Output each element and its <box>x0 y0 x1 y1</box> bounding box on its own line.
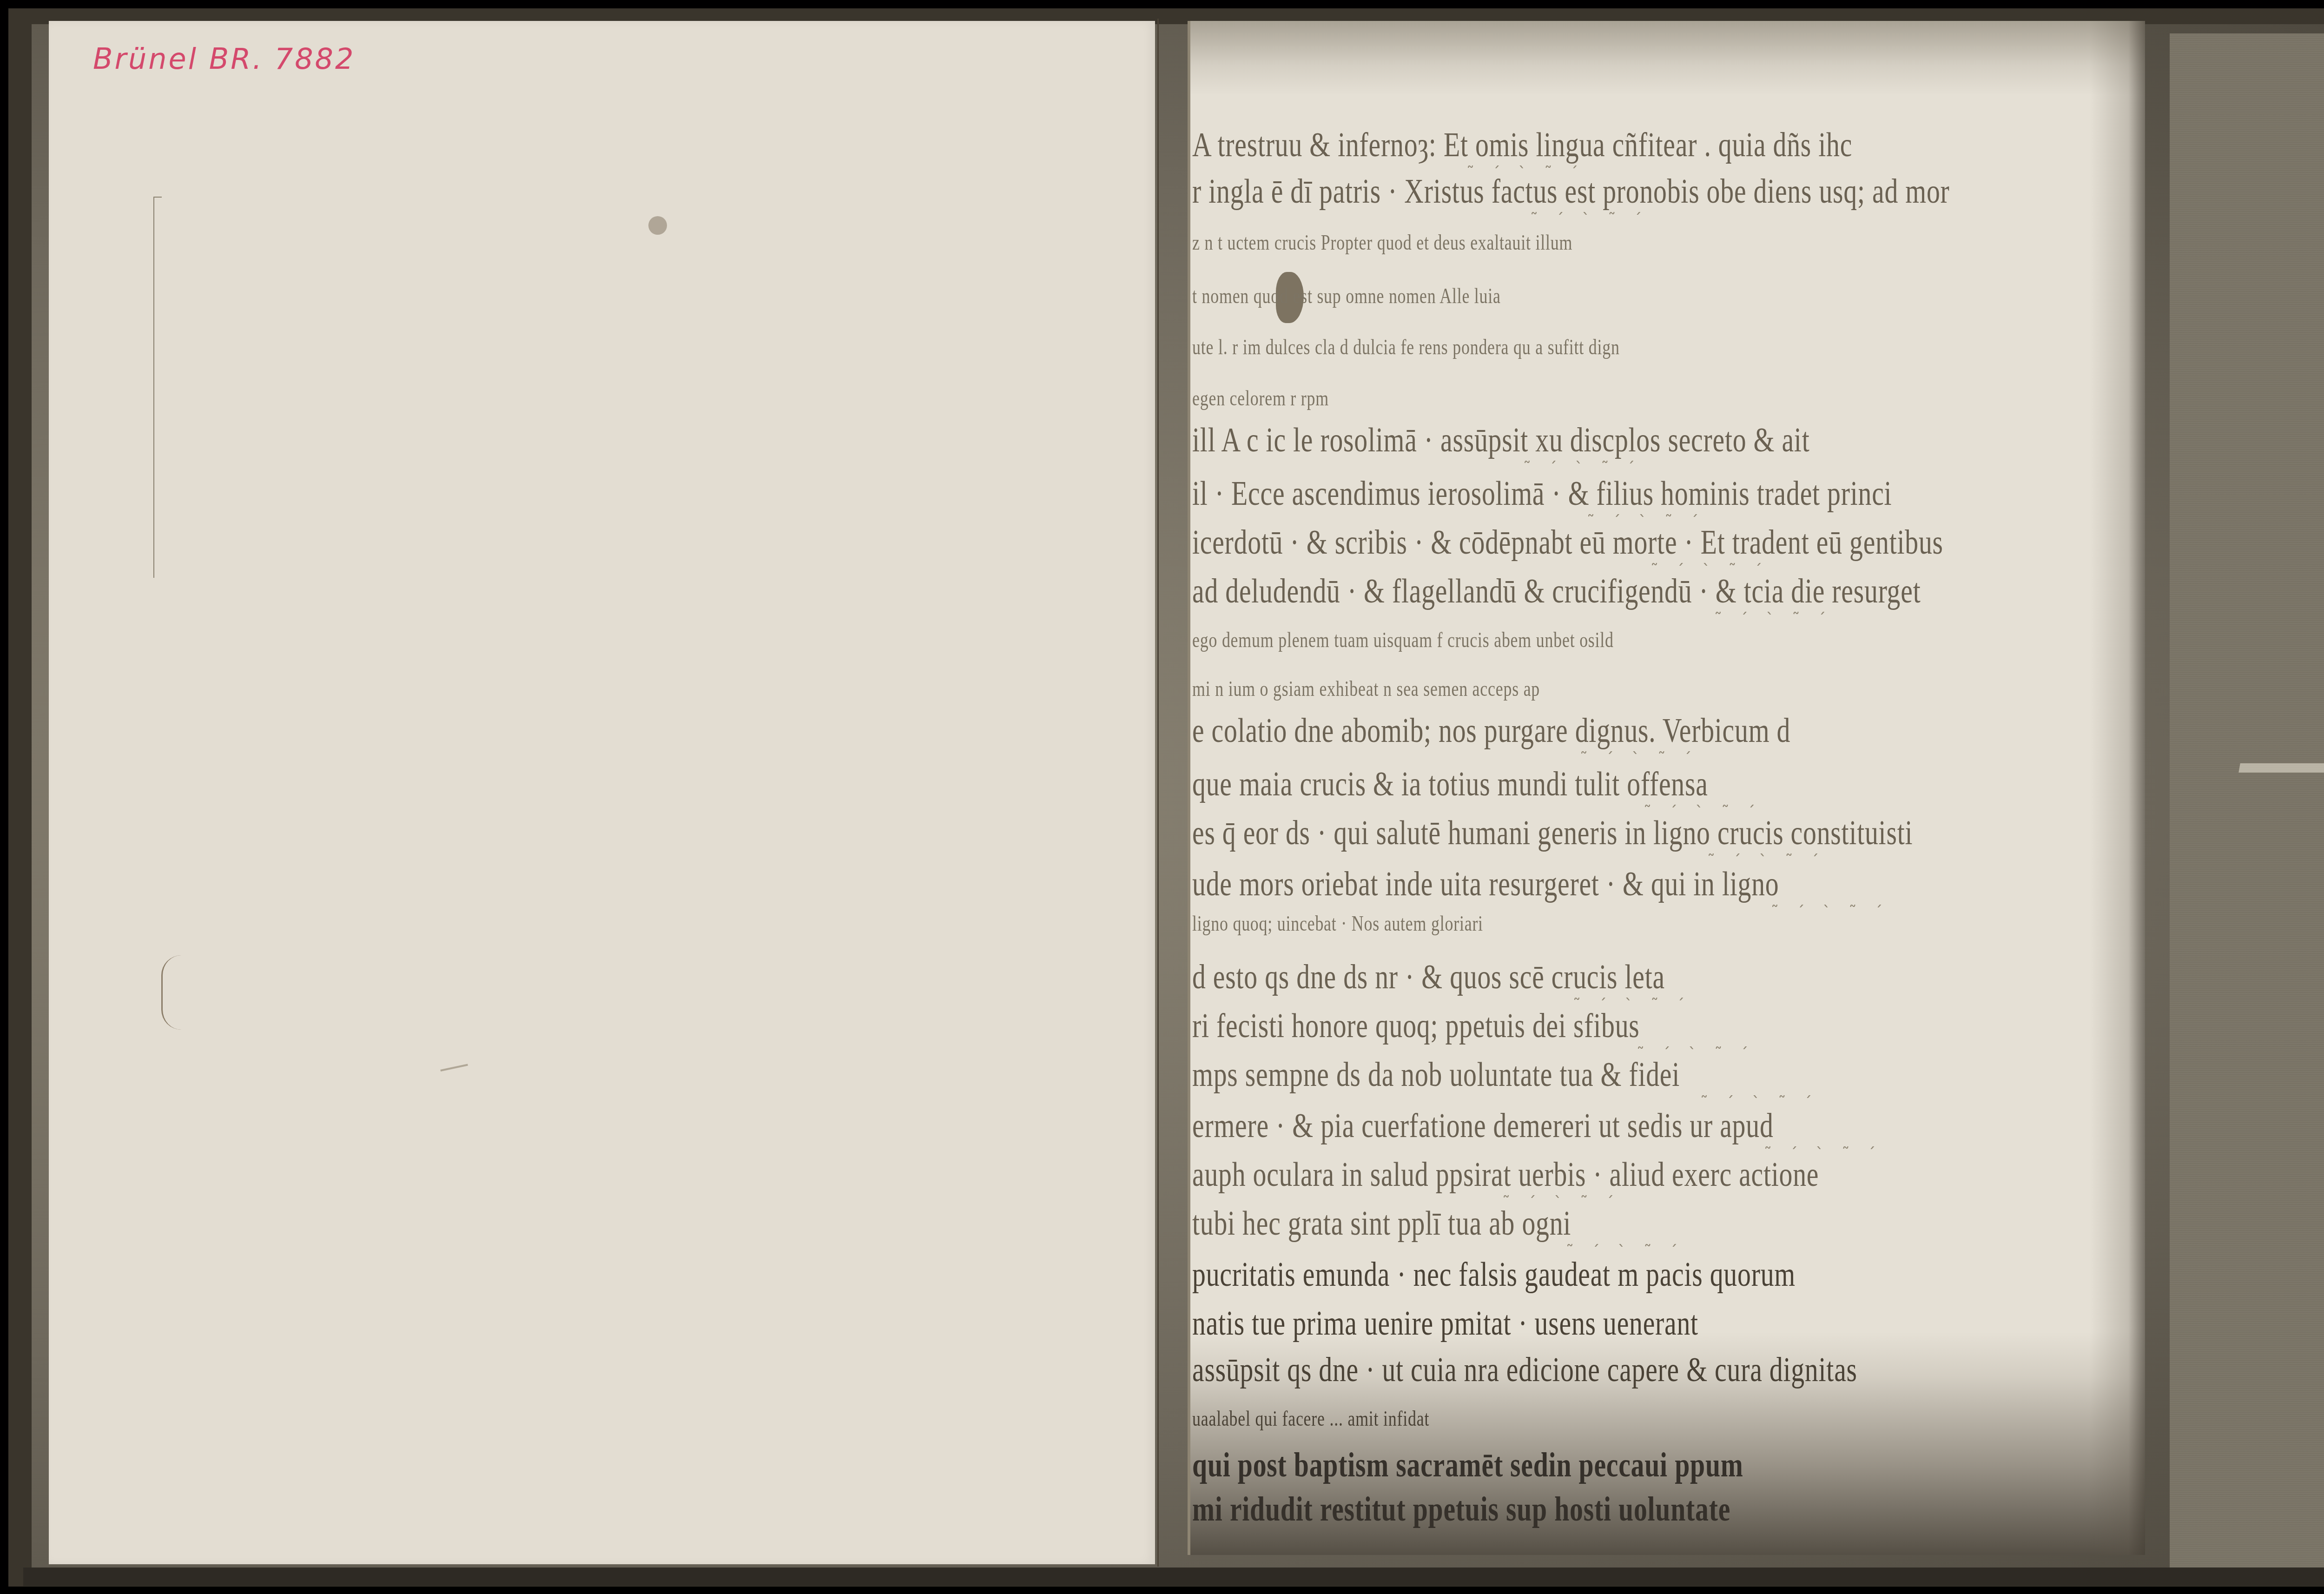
manuscript-line: auph oculara in salud ppsirat uerbis · a… <box>1192 1155 1819 1195</box>
manuscript-line: z n t uctem crucis Propter quod et deus … <box>1192 230 1572 255</box>
manuscript-line: egen celorem r rpm <box>1192 386 1329 410</box>
manuscript-line: il · Ecce ascendimus ierosolimā · & fili… <box>1192 474 1892 514</box>
manuscript-line: es q̄ eor ds · qui salutē humani generis… <box>1192 814 1913 853</box>
manuscript-line: que maia crucis & ia totius mundi tulit … <box>1192 765 1708 804</box>
backdrop-strip <box>2170 33 2324 1577</box>
manuscript-line: tubi hec grata sint pplī tua ab ogni <box>1192 1204 1571 1243</box>
manuscript-line: ligno quoq; uincebat · Nos autem gloriar… <box>1192 911 1483 936</box>
shelfmark-annotation: Brünel BR. 7882 <box>93 42 356 76</box>
manuscript-line: d esto qs dne ds nr · & quos scē crucis … <box>1192 958 1665 997</box>
manuscript-line: qui post baptism sacramēt sedin peccaui … <box>1192 1446 1743 1485</box>
neume-notation: ˜ ´ ˋ ˜ ´ <box>1714 610 1832 628</box>
manuscript-line: icerdotū · & scribis · & cōdēpnabt eū mo… <box>1192 523 1943 562</box>
manuscript-line: ri fecisti honore quoq; ppetuis dei sfib… <box>1192 1006 1640 1046</box>
ruled-margin-tick <box>153 197 162 198</box>
manuscript-line: mi ridudit restitut ppetuis sup hosti uo… <box>1192 1490 1730 1529</box>
manuscript-line: e colatio dne abomib; nos purgare dignus… <box>1192 711 1790 751</box>
book-spine <box>1157 19 1159 1567</box>
manuscript-line: pucritatis emunda · nec falsis gaudeat m… <box>1192 1255 1796 1295</box>
left-page: Brünel BR. 7882 <box>49 21 1155 1564</box>
paper-mark <box>438 1055 468 1071</box>
tape-strip <box>2238 763 2324 773</box>
frame-bottom-edge <box>23 1568 2324 1586</box>
manuscript-line: r ingla ē dī patris · Xristus factus est… <box>1192 172 1950 212</box>
right-page: Vorsatz vornr A trestruu & infernoȝ: Et … <box>1188 21 2145 1555</box>
manuscript-line: ude mors oriebat inde uita resurgeret · … <box>1192 865 1779 904</box>
manuscript-line: ad deludendū · & flagellandū & crucifige… <box>1192 572 1921 611</box>
manuscript-line: natis tue prima uenire pmitat · usens ue… <box>1192 1304 1698 1343</box>
neume-notation: ˜ ´ ˋ ˜ ´ <box>1530 210 1648 229</box>
manuscript-line: mps sempne ds da nob uoluntate tua & fid… <box>1192 1055 1680 1095</box>
manuscript-line: A trestruu & infernoȝ: Et omis lingua cñ… <box>1192 126 1852 165</box>
manuscript-line: ute l. r im dulces cla d dulcia fe rens … <box>1192 335 1620 359</box>
manuscript-line: ego demum plenem tuam uisquam f crucis a… <box>1192 628 1614 652</box>
ruled-margin-line <box>153 197 154 578</box>
manuscript-line: assūpsit qs dne · ut cuia nra edicione c… <box>1192 1350 1857 1390</box>
manuscript-line: ill A c ic le rosolimā · assūpsit xu dis… <box>1192 421 1809 460</box>
manuscript-line: ermere · & pia cuerfatione demereri ut s… <box>1192 1106 1774 1146</box>
manuscript-text-block: A trestruu & infernoȝ: Et omis lingua cñ… <box>1188 21 2145 1555</box>
neume-notation: ˜ ´ ˋ ˜ ´ <box>1771 903 1889 921</box>
manuscript-line: mi n ium o gsiam exhibeat n sea semen ac… <box>1192 676 1540 701</box>
paper-stain <box>648 216 667 235</box>
paper-scratch <box>161 955 181 1030</box>
manuscript-line: uaalabel qui facere ... amit infidat <box>1192 1406 1429 1431</box>
manuscript-line: t nomen quod est sup omne nomen Alle lui… <box>1192 284 1501 308</box>
